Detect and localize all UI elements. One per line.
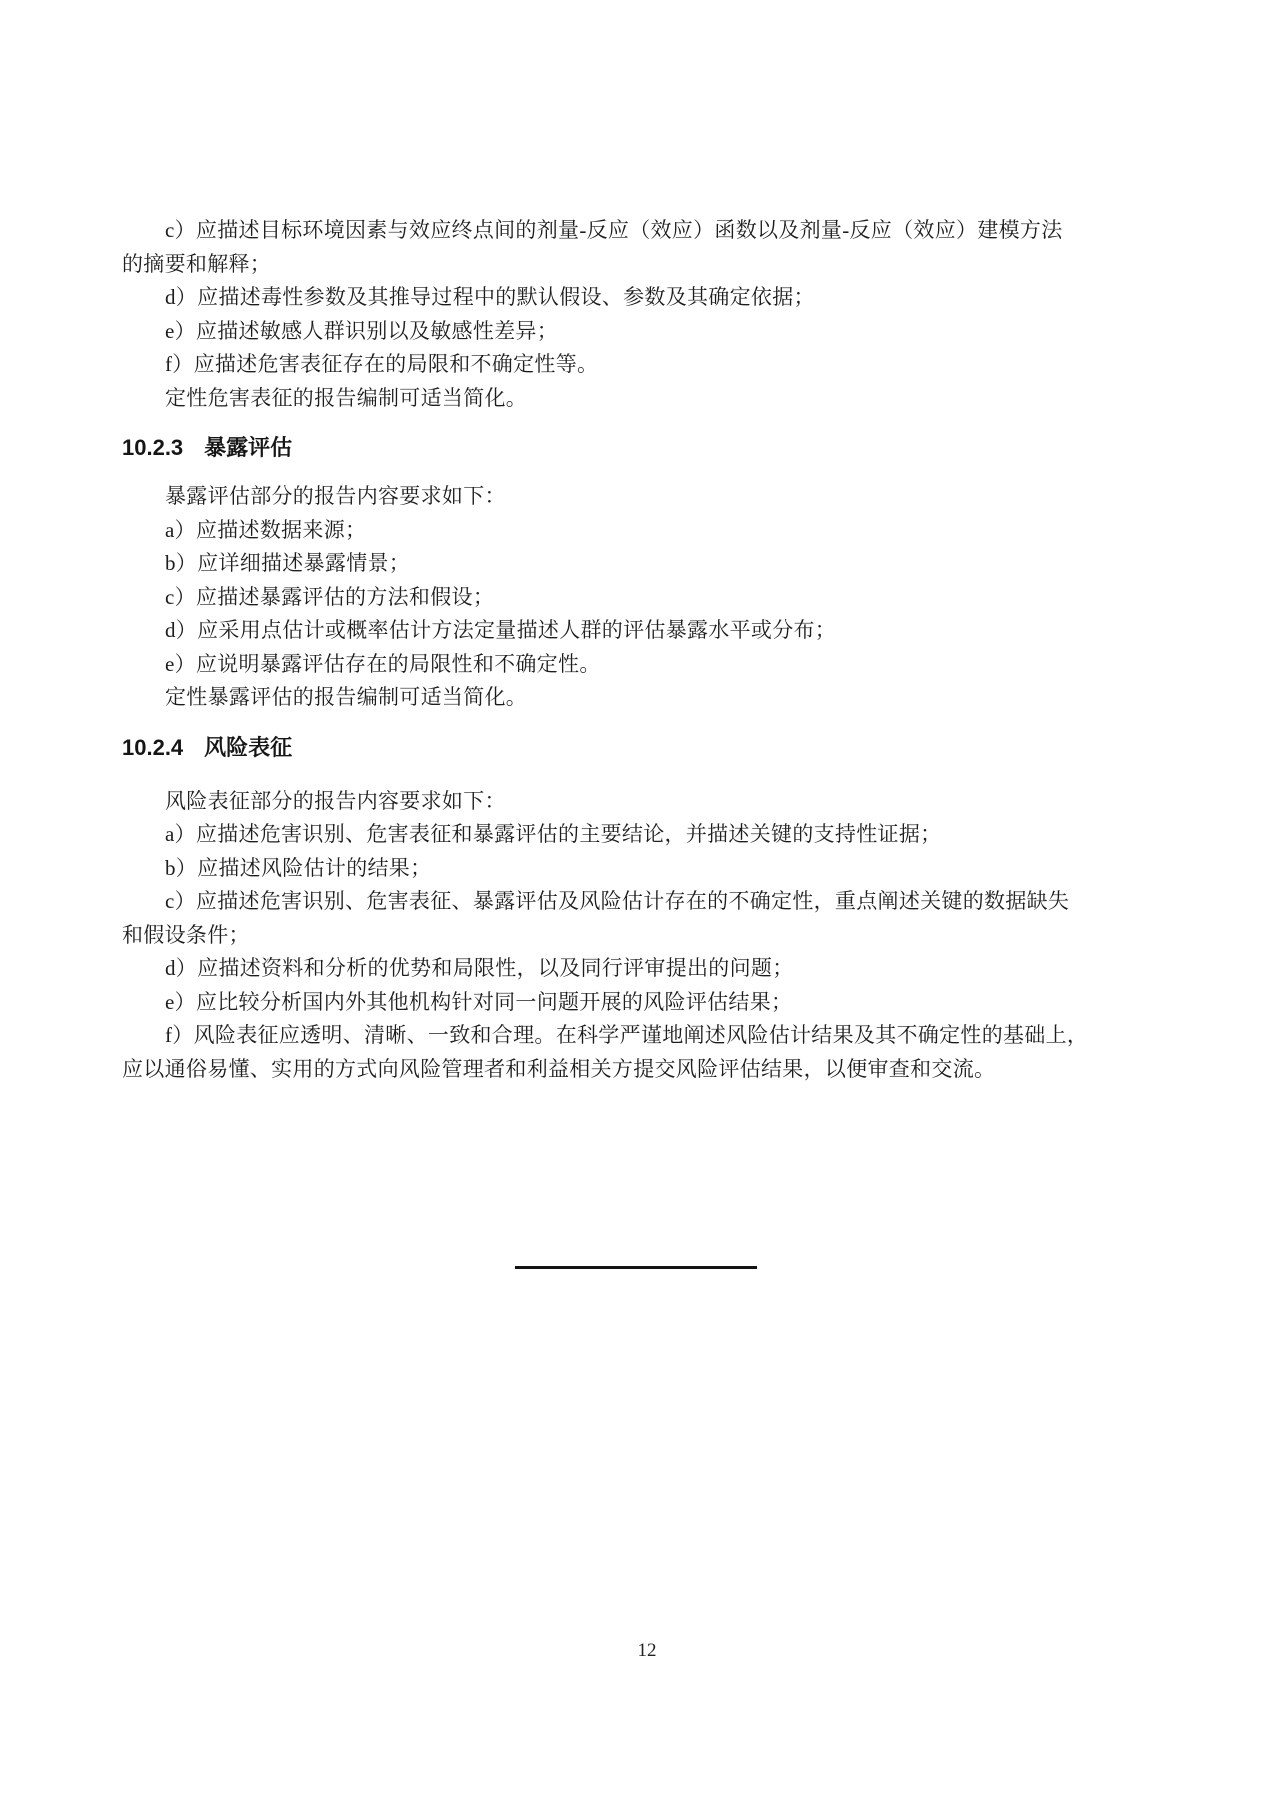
list-item-a: a）应描述数据来源； — [122, 514, 1197, 548]
list-item-c-line1: c）应描述目标环境因素与效应终点间的剂量-反应（效应）函数以及剂量-反应（效应）… — [122, 214, 1197, 248]
end-of-section-rule — [515, 1266, 757, 1269]
section-note: 定性危害表征的报告编制可适当简化。 — [122, 382, 1197, 416]
section-title: 风险表征 — [204, 735, 292, 760]
list-item-f-line2: 应以通俗易懂、实用的方式向风险管理者和利益相关方提交风险评估结果，以便审查和交流… — [122, 1053, 1197, 1087]
list-item-c-line1: c）应描述危害识别、危害表征、暴露评估及风险估计存在的不确定性，重点阐述关键的数… — [122, 885, 1197, 919]
list-item-f: f）应描述危害表征存在的局限和不确定性等。 — [122, 348, 1197, 382]
list-item-d: d）应描述毒性参数及其推导过程中的默认假设、参数及其确定依据； — [122, 281, 1197, 315]
list-item-d: d）应采用点估计或概率估计方法定量描述人群的评估暴露水平或分布； — [122, 614, 1197, 648]
list-item-d: d）应描述资料和分析的优势和局限性，以及同行评审提出的问题； — [122, 952, 1197, 986]
section-title: 暴露评估 — [204, 435, 292, 460]
section-lead: 暴露评估部分的报告内容要求如下： — [122, 480, 1197, 514]
list-item-c-line2: 和假设条件； — [122, 919, 1197, 953]
section-number: 10.2.4 — [122, 735, 183, 760]
document-page: c）应描述目标环境因素与效应终点间的剂量-反应（效应）函数以及剂量-反应（效应）… — [0, 0, 1280, 1810]
section-heading-exposure: 10.2.3暴露评估 — [122, 431, 1197, 465]
section-note: 定性暴露评估的报告编制可适当简化。 — [122, 681, 1197, 715]
list-item-e: e）应比较分析国内外其他机构针对同一问题开展的风险评估结果； — [122, 986, 1197, 1020]
list-item-b: b）应详细描述暴露情景； — [122, 547, 1197, 581]
section-exposure-body: 暴露评估部分的报告内容要求如下： a）应描述数据来源； b）应详细描述暴露情景；… — [122, 480, 1197, 715]
document-body: c）应描述目标环境因素与效应终点间的剂量-反应（效应）函数以及剂量-反应（效应）… — [122, 214, 1197, 1269]
page-number: 12 — [0, 1638, 1280, 1664]
list-item-e: e）应描述敏感人群识别以及敏感性差异； — [122, 315, 1197, 349]
list-item-b: b）应描述风险估计的结果； — [122, 852, 1197, 886]
list-item-c: c）应描述暴露评估的方法和假设； — [122, 581, 1197, 615]
section-heading-risk: 10.2.4风险表征 — [122, 731, 1197, 765]
list-item-f-line1: f）风险表征应透明、清晰、一致和合理。在科学严谨地阐述风险估计结果及其不确定性的… — [122, 1019, 1197, 1053]
list-item-c-line2: 的摘要和解释； — [122, 248, 1197, 282]
list-item-a: a）应描述危害识别、危害表征和暴露评估的主要结论，并描述关键的支持性证据； — [122, 818, 1197, 852]
hazard-characterization-items: c）应描述目标环境因素与效应终点间的剂量-反应（效应）函数以及剂量-反应（效应）… — [122, 214, 1197, 415]
section-lead: 风险表征部分的报告内容要求如下： — [122, 785, 1197, 819]
section-risk-body: 风险表征部分的报告内容要求如下： a）应描述危害识别、危害表征和暴露评估的主要结… — [122, 785, 1197, 1087]
section-number: 10.2.3 — [122, 435, 183, 460]
list-item-e: e）应说明暴露评估存在的局限性和不确定性。 — [122, 648, 1197, 682]
